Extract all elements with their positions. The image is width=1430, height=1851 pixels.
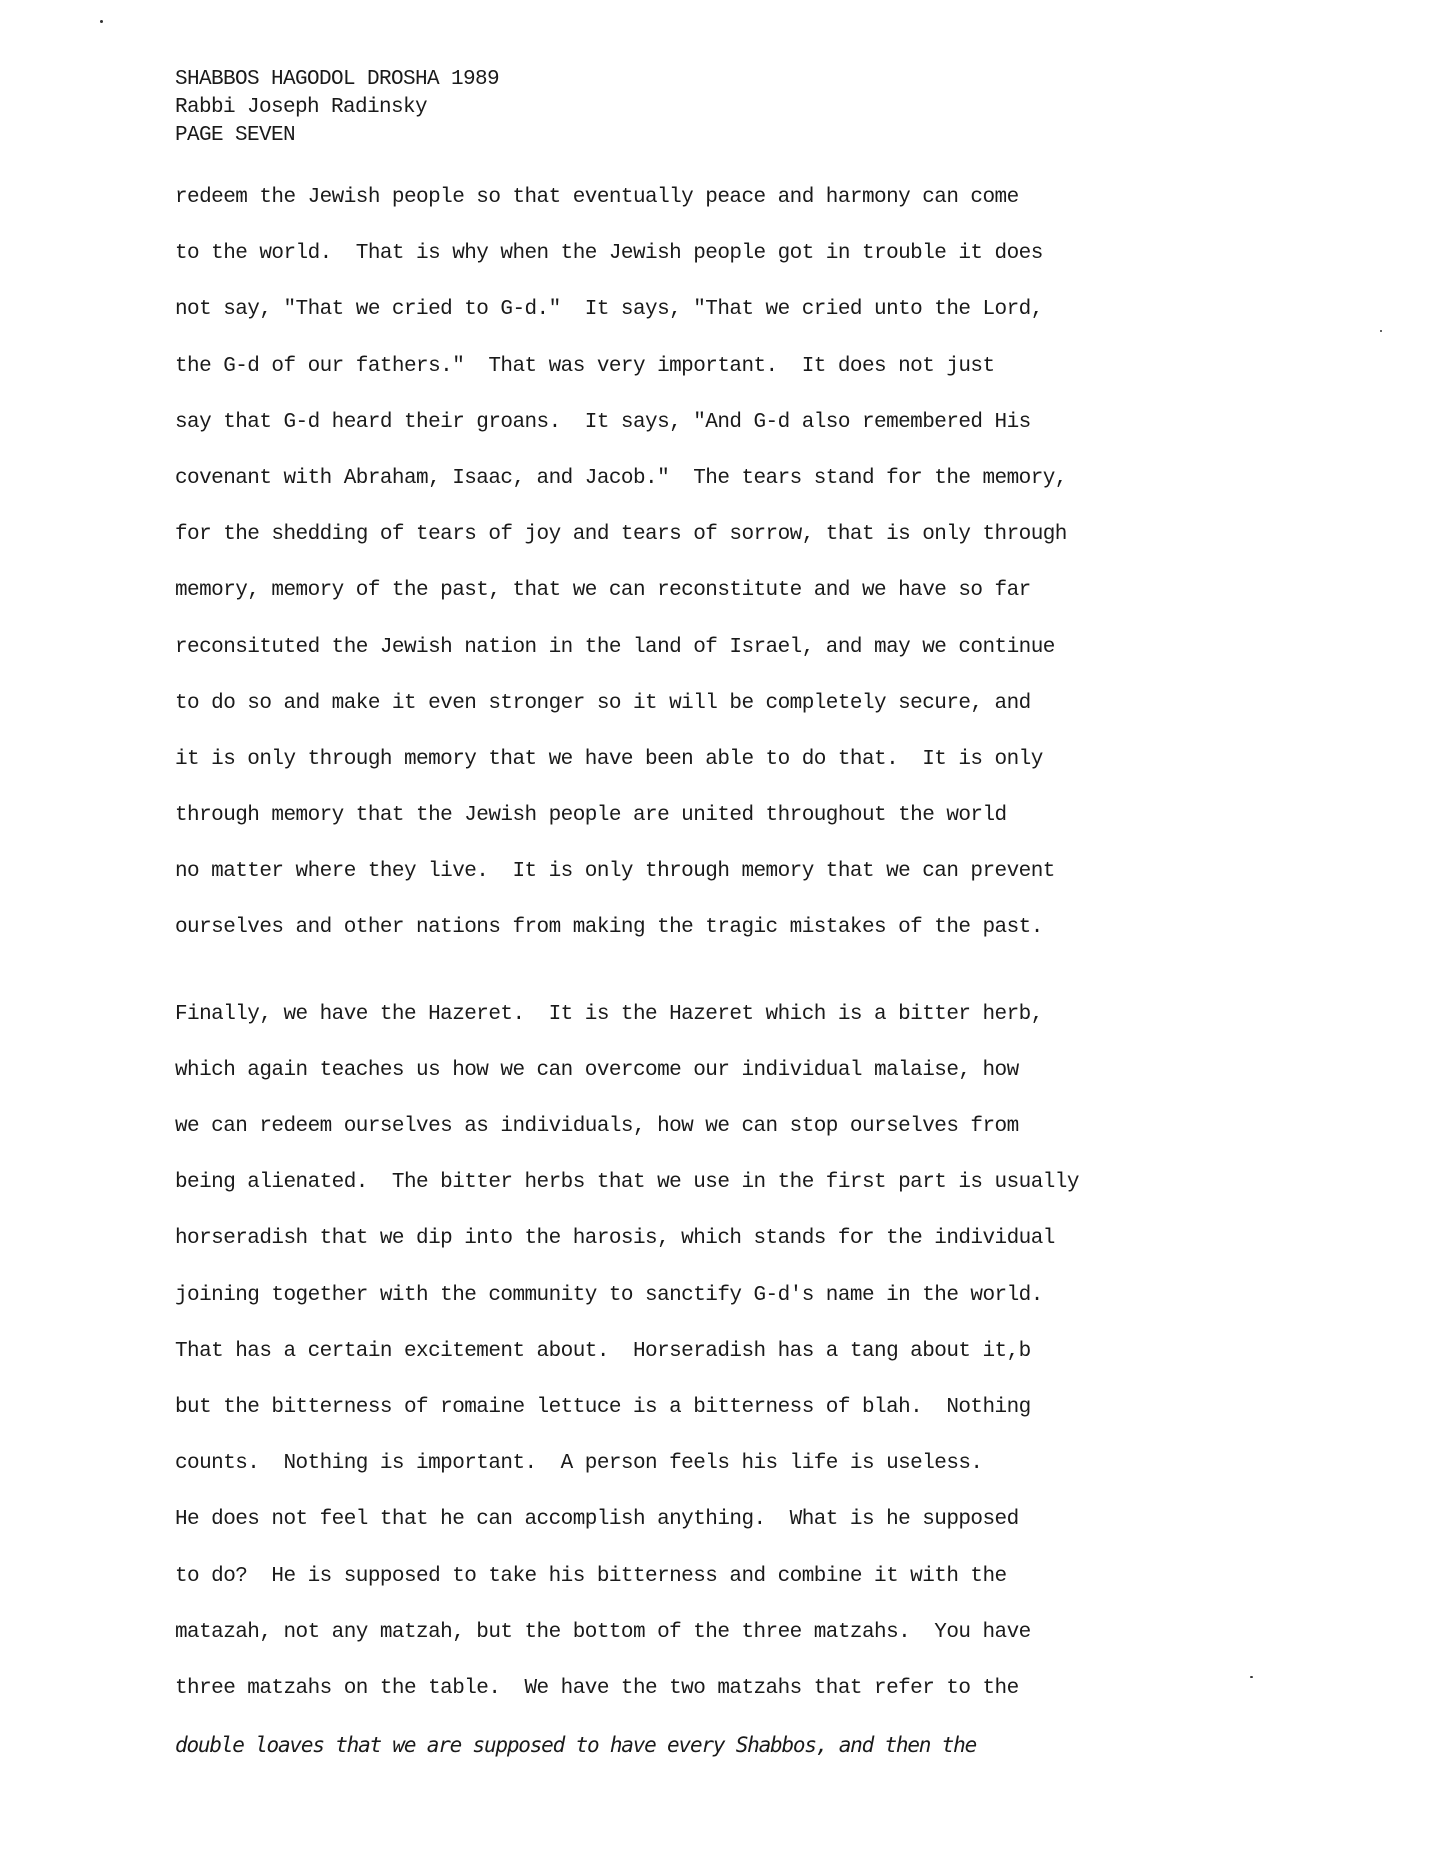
text-line: to do? He is supposed to take his bitter… [175,1559,1275,1615]
page-label: PAGE SEVEN [175,122,499,150]
text-line: say that G-d heard their groans. It says… [175,405,1275,461]
text-line: through memory that the Jewish people ar… [175,798,1275,854]
text-line: redeem the Jewish people so that eventua… [175,180,1275,236]
text-line: to the world. That is why when the Jewis… [175,236,1275,292]
text-line: the G-d of our fathers." That was very i… [175,349,1275,405]
text-line: it is only through memory that we have b… [175,742,1275,798]
text-line: but the bitterness of romaine lettuce is… [175,1390,1275,1446]
text-line: memory, memory of the past, that we can … [175,573,1275,629]
document-header: SHABBOS HAGODOL DROSHA 1989 Rabbi Joseph… [175,66,499,150]
text-line: That has a certain excitement about. Hor… [175,1334,1275,1390]
text-line: Finally, we have the Hazeret. It is the … [175,997,1275,1053]
text-line: counts. Nothing is important. A person f… [175,1446,1275,1502]
text-line: no matter where they live. It is only th… [175,854,1275,910]
scan-speck [1380,330,1382,332]
document-page: SHABBOS HAGODOL DROSHA 1989 Rabbi Joseph… [0,0,1430,1851]
text-line: covenant with Abraham, Isaac, and Jacob.… [175,461,1275,517]
text-line: joining together with the community to s… [175,1278,1275,1334]
text-line: for the shedding of tears of joy and tea… [175,517,1275,573]
text-line: which again teaches us how we can overco… [175,1053,1275,1109]
paragraph-gap [175,967,1275,997]
text-line: matazah, not any matzah, but the bottom … [175,1615,1275,1671]
scan-speck [100,20,103,23]
document-body: redeem the Jewish people so that eventua… [175,180,1275,1783]
text-line: ourselves and other nations from making … [175,910,1275,966]
text-line: double loaves that we are supposed to ha… [175,1727,1275,1783]
text-line: horseradish that we dip into the harosis… [175,1221,1275,1277]
paragraph-1: redeem the Jewish people so that eventua… [175,180,1275,967]
text-line: not say, "That we cried to G-d." It says… [175,292,1275,348]
text-line: being alienated. The bitter herbs that w… [175,1165,1275,1221]
text-line: He does not feel that he can accomplish … [175,1502,1275,1558]
text-line: reconsituted the Jewish nation in the la… [175,630,1275,686]
document-author: Rabbi Joseph Radinsky [175,94,499,122]
text-line: three matzahs on the table. We have the … [175,1671,1275,1727]
text-line: we can redeem ourselves as individuals, … [175,1109,1275,1165]
paragraph-2: Finally, we have the Hazeret. It is the … [175,997,1275,1784]
document-title: SHABBOS HAGODOL DROSHA 1989 [175,66,499,94]
text-line: to do so and make it even stronger so it… [175,686,1275,742]
